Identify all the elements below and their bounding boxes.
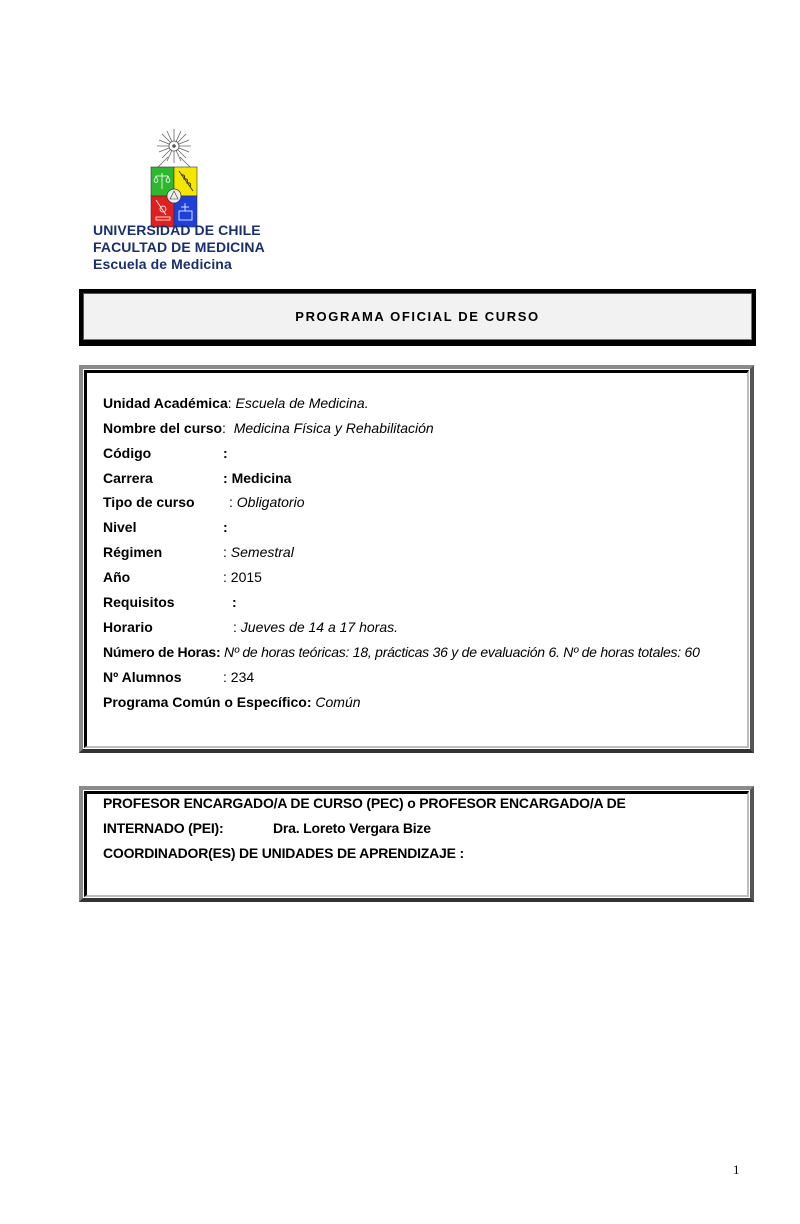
field-value: Nº de horas teóricas: 18, prácticas 36 y… <box>224 644 700 660</box>
field-label: Nombre del curso <box>103 420 222 436</box>
field-label: Carrera <box>103 470 153 486</box>
field-value: Semestral <box>231 544 294 560</box>
field-label: Requisitos <box>103 594 175 610</box>
field-label: Nº Alumnos <box>103 669 181 685</box>
field-label: Código <box>103 445 151 461</box>
field-programa: Programa Común o Específico: Común <box>103 694 361 711</box>
field-label: Unidad Académica <box>103 395 228 411</box>
title-box-inner: PROGRAMA OFICIAL DE CURSO <box>83 293 752 340</box>
faculty-name: FACULTAD DE MEDICINA <box>93 239 265 256</box>
field-nivel: Nivel : <box>103 519 136 536</box>
field-unidad-academica: Unidad Académica: Escuela de Medicina. <box>103 395 369 412</box>
crest-icon <box>148 127 200 229</box>
page-title: PROGRAMA OFICIAL DE CURSO <box>295 309 539 324</box>
institution-name: UNIVERSIDAD DE CHILE <box>93 222 261 239</box>
field-value: Medicina Física y Rehabilitación <box>234 420 434 436</box>
field-alumnos: Nº Alumnos : 234 <box>103 669 181 686</box>
field-label: Horario <box>103 619 153 635</box>
field-horario: Horario : Jueves de 14 a 17 horas. <box>103 619 153 636</box>
field-label: Año <box>103 569 130 585</box>
field-value: 2015 <box>231 569 262 585</box>
field-value: Medicina <box>232 470 292 486</box>
field-label: Nivel <box>103 519 136 535</box>
field-value: 234 <box>231 669 254 685</box>
title-box: PROGRAMA OFICIAL DE CURSO <box>79 289 756 346</box>
field-nombre-curso: Nombre del curso: Medicina Física y Reha… <box>103 420 434 437</box>
field-tipo-curso: Tipo de curso : Obligatorio <box>103 494 195 511</box>
field-codigo: Código : <box>103 445 151 462</box>
field-value: Obligatorio <box>237 494 305 510</box>
field-label: Número de Horas <box>103 644 216 660</box>
professor-pei-label: INTERNADO (PEI): <box>103 820 223 836</box>
field-value: Común <box>315 694 360 710</box>
university-crest-logo <box>148 127 200 229</box>
field-regimen: Régimen : Semestral <box>103 544 162 561</box>
professor-name: Dra. Loreto Vergara Bize <box>273 820 431 837</box>
field-requisitos: Requisitos : <box>103 594 175 611</box>
field-carrera: Carrera : Medicina <box>103 470 153 487</box>
field-numero-horas: Número de Horas: Nº de horas teóricas: 1… <box>103 644 700 661</box>
coordinators-heading: COORDINADOR(ES) DE UNIDADES DE APRENDIZA… <box>103 845 464 862</box>
field-value: Jueves de 14 a 17 horas. <box>241 619 398 635</box>
professor-heading: PROFESOR ENCARGADO/A DE CURSO (PEC) o PR… <box>103 795 626 812</box>
page-number: 1 <box>733 1162 740 1178</box>
field-label: Tipo de curso <box>103 494 195 510</box>
field-label: Programa Común o Específico <box>103 694 307 710</box>
school-name: Escuela de Medicina <box>93 256 232 273</box>
field-anio: Año : 2015 <box>103 569 130 586</box>
field-value: Escuela de Medicina. <box>236 395 369 411</box>
professor-pei-line: INTERNADO (PEI): Dra. Loreto Vergara Biz… <box>103 820 223 837</box>
field-label: Régimen <box>103 544 162 560</box>
